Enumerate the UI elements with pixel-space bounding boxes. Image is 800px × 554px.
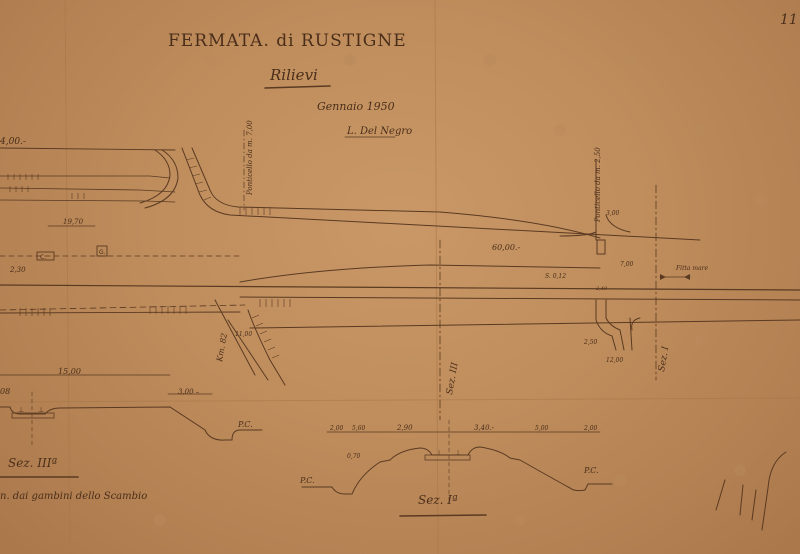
svg-text:C.: C. [40,254,46,261]
signature: L. Del Negro [346,126,412,137]
svg-text:3,00 –: 3,00 – [178,388,200,396]
svg-text:3,00: 3,00 [606,210,620,217]
svg-text:15,00: 15,00 [58,367,81,376]
sheet-number: 11 [780,12,798,28]
ponticello-left-label: Ponticello da m. 7,00 [246,120,254,196]
section-note: n. dai gambini dello Scambio [0,491,147,502]
svg-text:G.: G. [99,249,106,256]
svg-text:2,40: 2,40 [595,286,608,292]
svg-text:P.C.: P.C. [583,466,599,475]
central-length: 60,00.- [492,243,520,252]
svg-text:⊥: ⊥ [455,449,461,457]
title-block: FERMATA. di RUSTIGNE Rilievi Gennaio 195… [168,31,412,137]
ponticello-right-label: Ponticello da m. 2,50 [594,147,602,223]
section-i: 2,00 5,60 2,90 3,40.- 5,00 2,00 0,70 ⊥ ⊥… [299,420,612,516]
svg-text:⊥: ⊥ [38,406,44,414]
svg-text:Km. 82: Km. 82 [215,332,229,363]
svg-text:12,00: 12,00 [606,357,623,364]
survey-drawing: FERMATA. di RUSTIGNE Rilievi Gennaio 195… [0,0,800,554]
drawing-subtitle: Rilievi [269,66,318,84]
svg-text:5,60: 5,60 [352,425,366,432]
svg-text:2,50: 2,50 [583,339,598,346]
svg-text:⊥: ⊥ [436,449,442,457]
svg-text:7,00: 7,00 [620,261,634,268]
sez-i-marker: Sez. I [657,345,671,372]
svg-text:S. 0,12: S. 0,12 [545,273,566,280]
drawing-date: Gennaio 1950 [317,100,395,113]
svg-text:2,00: 2,00 [583,425,598,432]
station-title: FERMATA. di RUSTIGNE [168,31,407,51]
section-iii: 15,00 08 3,00 – ⊥ ⊥ P.C. Sez. IIIª n. da… [0,367,262,502]
svg-text:2,30: 2,30 [9,266,26,274]
svg-text:P.C.: P.C. [237,420,253,429]
svg-text:2,90: 2,90 [396,424,413,432]
direction-label: Fitta mare [675,265,709,272]
svg-text:4,00.-: 4,00.- [0,137,26,147]
svg-text:P.C.: P.C. [299,476,315,485]
svg-text:11,00: 11,00 [235,331,252,338]
svg-text:2,00: 2,00 [329,425,344,432]
sez-i-title: Sez. Iª [418,493,458,507]
sez-iii-marker: Sez. III [445,361,461,395]
sez-iii-title: Sez. IIIª [8,456,57,470]
svg-text:08: 08 [0,387,10,396]
svg-text:0,70: 0,70 [347,453,361,460]
corner-marks: 11 [716,12,798,530]
svg-text:5,00: 5,00 [535,425,549,432]
svg-text:19,70: 19,70 [63,218,84,226]
svg-text:3,40.-: 3,40.- [474,424,495,432]
drawing-sheet: FERMATA. di RUSTIGNE Rilievi Gennaio 195… [0,0,800,554]
svg-text:⊥: ⊥ [18,406,24,414]
